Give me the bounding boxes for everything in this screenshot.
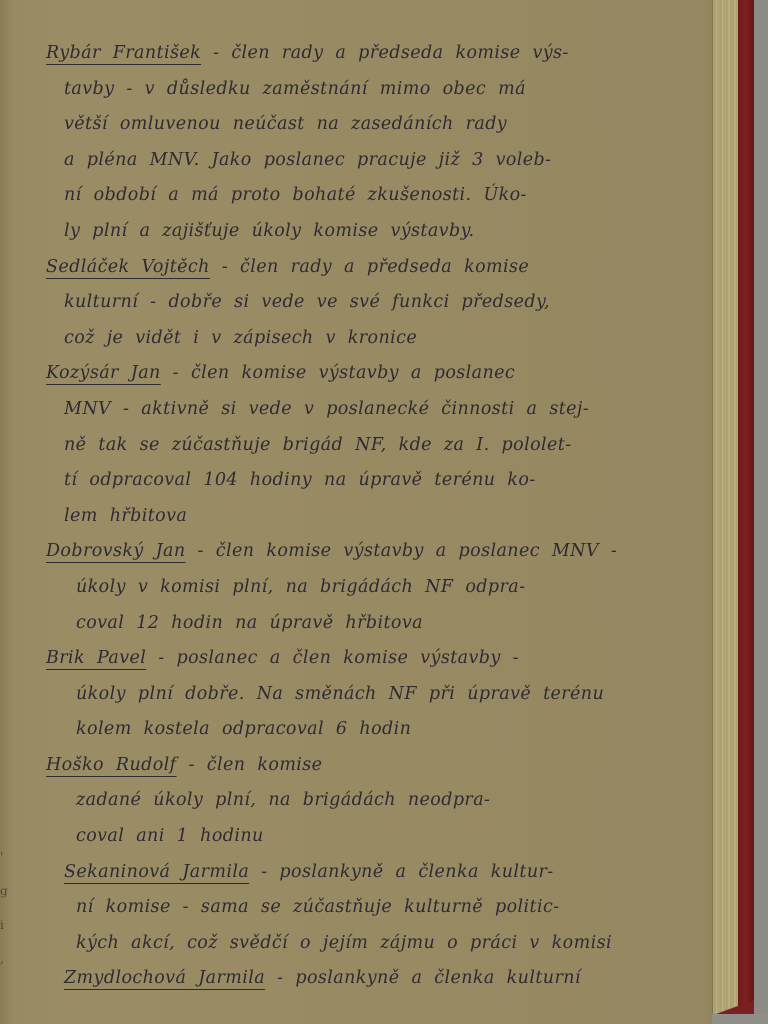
handwritten-text: Rybár František - člen rady a předseda k… xyxy=(46,36,686,997)
margin-mark: , xyxy=(0,942,10,976)
member-name: Kozýsár Jan xyxy=(46,363,161,383)
text-line: úkoly v komisi plní, na brigádách NF odp… xyxy=(46,570,686,606)
chronicle-page: Rybár František - člen rady a předseda k… xyxy=(0,0,712,1024)
text-line: kých akcí, což svědčí o jejím zájmu o pr… xyxy=(46,926,686,962)
text-line: kolem kostela odpracoval 6 hodin xyxy=(46,712,686,748)
backdrop xyxy=(754,0,768,1024)
member-name: Sedláček Vojtěch xyxy=(46,257,210,277)
member-name: Dobrovský Jan xyxy=(46,541,186,561)
left-margin-bleed-through: ' g i , xyxy=(0,840,10,980)
text-line: zadané úkoly plní, na brigádách neodpra- xyxy=(46,783,686,819)
entry-text: - poslankyně a členka kulturní xyxy=(265,968,581,988)
margin-mark: ' xyxy=(0,840,10,874)
text-line: tavby - v důsledku zaměstnání mimo obec … xyxy=(46,72,686,108)
entry-text: - člen komise xyxy=(177,755,323,775)
text-line: úkoly plní dobře. Na směnách NF při úpra… xyxy=(46,677,686,713)
book-cover-spine xyxy=(738,0,754,1014)
entry-text: - člen rady a předseda komise výs- xyxy=(201,43,569,63)
member-name: Hoško Rudolf xyxy=(46,755,177,775)
backdrop xyxy=(712,1014,768,1024)
member-name: Rybár František xyxy=(46,43,201,63)
text-line: a pléna MNV. Jako poslanec pracuje již 3… xyxy=(46,143,686,179)
margin-mark: i xyxy=(0,908,10,942)
text-line: ní období a má proto bohaté zkušenosti. … xyxy=(46,178,686,214)
text-line: tí odpracoval 104 hodiny na úpravě terén… xyxy=(46,463,686,499)
text-line: Kozýsár Jan - člen komise výstavby a pos… xyxy=(46,356,686,392)
text-line: kulturní - dobře si vede ve své funkci p… xyxy=(46,285,686,321)
text-line: větší omluvenou neúčast na zasedáních ra… xyxy=(46,107,686,143)
text-line: ly plní a zajišťuje úkoly komise výstavb… xyxy=(46,214,686,250)
text-line: ně tak se zúčastňuje brigád NF, kde za I… xyxy=(46,428,686,464)
page-edges xyxy=(712,0,739,1014)
text-line: coval ani 1 hodinu xyxy=(46,819,686,855)
text-line: lem hřbitova xyxy=(46,499,686,535)
text-line: Rybár František - člen rady a předseda k… xyxy=(46,36,686,72)
text-line: Sedláček Vojtěch - člen rady a předseda … xyxy=(46,250,686,286)
text-line: Hoško Rudolf - člen komise xyxy=(46,748,686,784)
text-line: ní komise - sama se zúčastňuje kulturně … xyxy=(46,890,686,926)
text-line: coval 12 hodin na úpravě hřbitova xyxy=(46,606,686,642)
entry-text: - člen komise výstavby a poslanec xyxy=(161,363,515,383)
text-line: Dobrovský Jan - člen komise výstavby a p… xyxy=(46,534,686,570)
text-line: Zmydlochová Jarmila - poslankyně a členk… xyxy=(46,961,686,997)
entry-text: - člen komise výstavby a poslanec MNV - xyxy=(186,541,618,561)
entry-text: - poslankyně a členka kultur- xyxy=(249,862,553,882)
member-name: Zmydlochová Jarmila xyxy=(64,968,265,988)
entry-text: - poslanec a člen komise výstavby - xyxy=(146,648,519,668)
text-line: Brik Pavel - poslanec a člen komise výst… xyxy=(46,641,686,677)
text-line: Sekaninová Jarmila - poslankyně a členka… xyxy=(46,855,686,891)
text-line: což je vidět i v zápisech v kronice xyxy=(46,321,686,357)
entry-text: - člen rady a předseda komise xyxy=(210,257,529,277)
member-name: Brik Pavel xyxy=(46,648,146,668)
member-name: Sekaninová Jarmila xyxy=(64,862,249,882)
text-line: MNV - aktivně si vede v poslanecké činno… xyxy=(46,392,686,428)
margin-mark: g xyxy=(0,874,10,908)
